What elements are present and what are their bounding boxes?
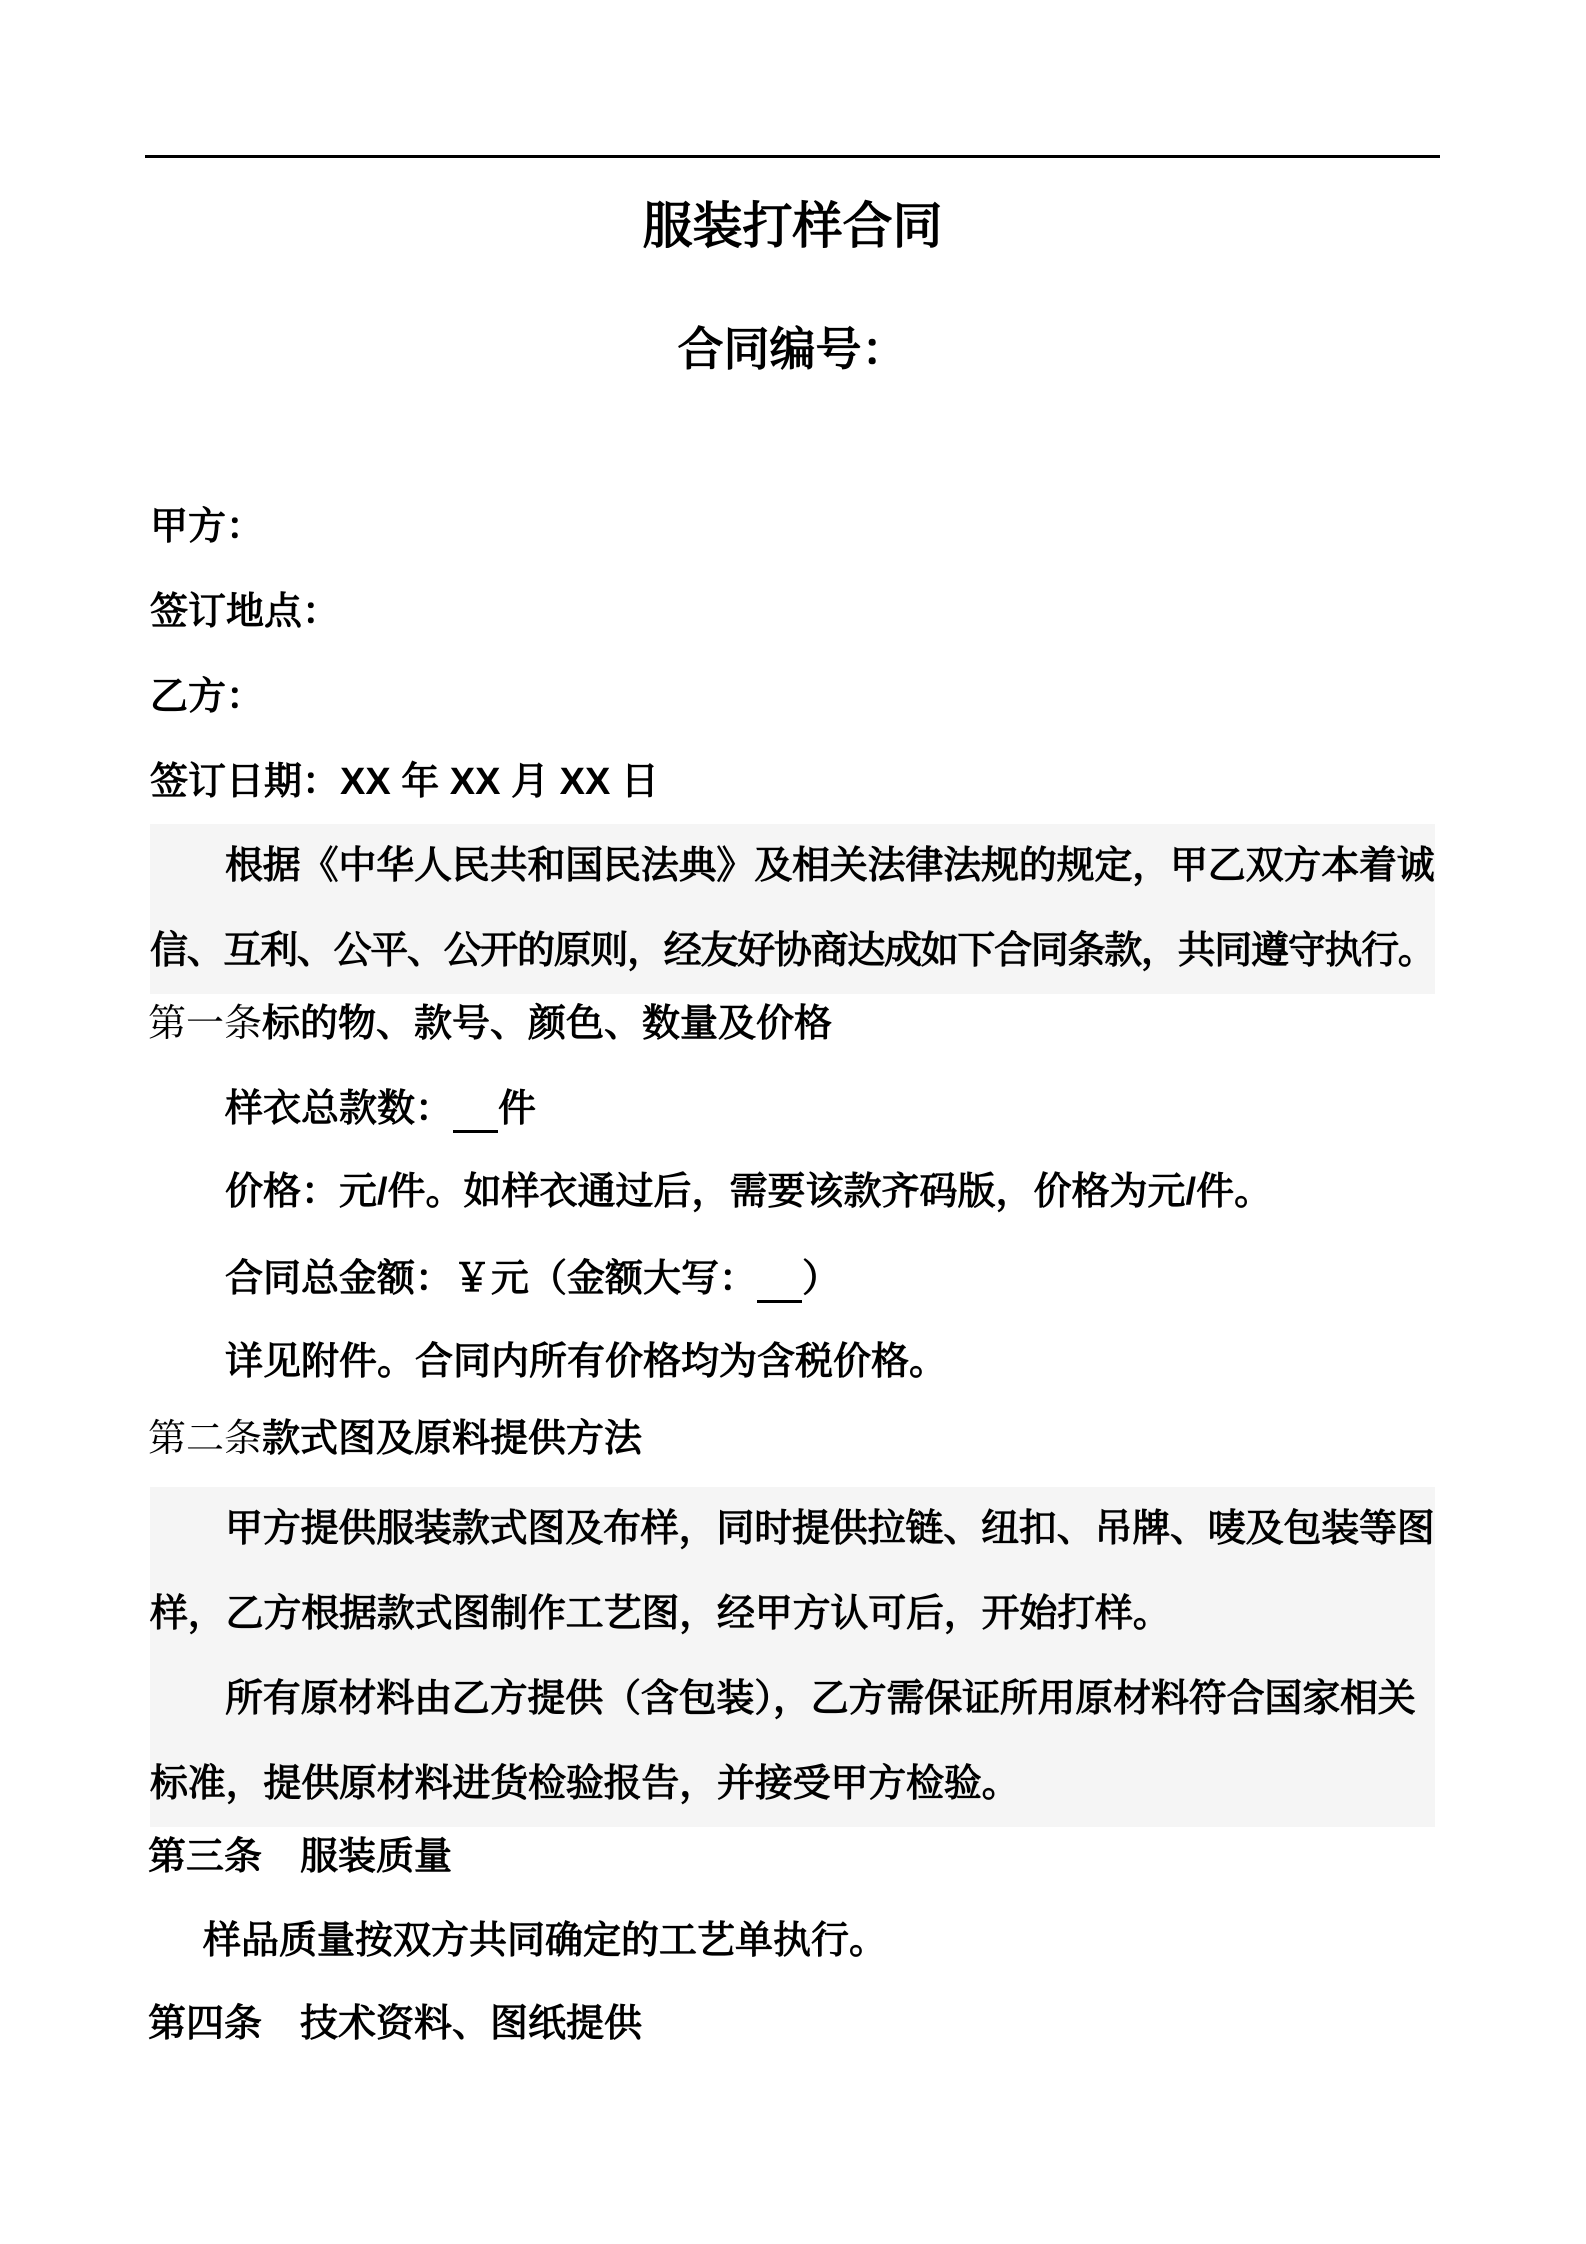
article2-title: 款式图及原料提供方法 (262, 1418, 642, 1460)
clause-total-prefix: 样衣总款数： (225, 1088, 453, 1130)
document-title: 服装打样合同 (150, 186, 1435, 258)
clause-amount: 合同总金额：￥元（金额大写：＿） (225, 1256, 840, 1301)
article2-highlight-block: 甲方提供服装款式图及布样，同时提供拉链、纽扣、吊牌、唛及包装等图 样，乙方根据款… (150, 1487, 1435, 1827)
article2-heading: 第二条款式图及原料提供方法 (148, 1418, 642, 1461)
contract-number-label: 合同编号： (150, 313, 1435, 379)
article1-heading: 第一条标的物、款号、颜色、数量及价格 (148, 1003, 832, 1046)
party-b-line: 乙方： (150, 676, 264, 719)
article1-number: 第一条 (148, 1003, 262, 1045)
article2-para2-line2: 标准，提供原材料进货检验报告，并接受甲方检验。 (150, 1742, 1435, 1827)
article2-number: 第二条 (148, 1418, 262, 1460)
clause-total-suffix: 件 (498, 1088, 536, 1130)
clause-price: 价格：元/件。如样衣通过后，需要该款齐码版，价格为元/件。 (225, 1171, 1272, 1214)
preamble-line-2: 信、互利、公平、公开的原则，经友好协商达成如下合同条款，共同遵守执行。 (150, 909, 1435, 994)
preamble-highlight-block: 根据《中华人民共和国民法典》及相关法律法规的规定，甲乙双方本着诚 信、互利、公平… (150, 824, 1435, 994)
clause-amount-prefix: 合同总金额：￥元（金额大写： (225, 1258, 757, 1300)
article3-clause: 样品质量按双方共同确定的工艺单执行。 (203, 1920, 887, 1963)
contract-document-page: 服装打样合同 合同编号： 甲方： 签订地点： 乙方： 签订日期：XX 年 XX … (0, 0, 1586, 2244)
article1-title: 标的物、款号、颜色、数量及价格 (262, 1003, 832, 1045)
party-a-line: 甲方： (150, 506, 264, 549)
header-rule (145, 155, 1440, 158)
sign-place-line: 签订地点： (150, 591, 340, 634)
clause-amount-suffix: ） (802, 1258, 840, 1300)
article4-heading: 第四条 技术资料、图纸提供 (148, 2003, 642, 2046)
article2-para1-line2: 样，乙方根据款式图制作工艺图，经甲方认可后，开始打样。 (150, 1572, 1435, 1657)
blank-field-amount: ＿ (757, 1268, 802, 1303)
preamble-line-1: 根据《中华人民共和国民法典》及相关法律法规的规定，甲乙双方本着诚 (150, 824, 1435, 909)
blank-field-total: ＿ (453, 1098, 498, 1133)
article2-para1-line1: 甲方提供服装款式图及布样，同时提供拉链、纽扣、吊牌、唛及包装等图 (150, 1487, 1435, 1572)
sign-date-line: 签订日期：XX 年 XX 月 XX 日 (150, 761, 659, 804)
clause-attachment: 详见附件。合同内所有价格均为含税价格。 (225, 1341, 947, 1384)
clause-total-styles: 样衣总款数：＿件 (225, 1086, 536, 1131)
article3-heading: 第三条 服装质量 (148, 1836, 452, 1879)
article2-para2-line1: 所有原材料由乙方提供（含包装），乙方需保证所用原材料符合国家相关 (150, 1657, 1435, 1742)
